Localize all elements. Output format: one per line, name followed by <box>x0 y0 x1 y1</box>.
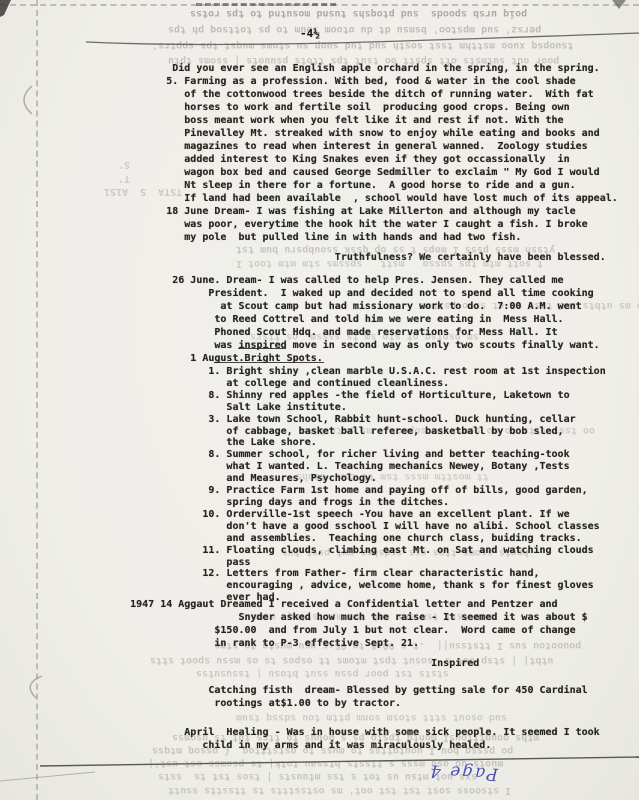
typed-section-april-healing: April Healing - Was in house with some s… <box>100 726 600 752</box>
typed-line: at Scout camp but had missionary work to… <box>100 300 600 313</box>
typed-line: Truthfulness? We certainly have been ble… <box>100 251 606 264</box>
top-left-corner-smudge <box>0 0 11 17</box>
typed-section-inspired-heading: Inspired <box>100 657 479 670</box>
typed-line: Did you ever see an English apple orchar… <box>100 62 618 75</box>
typed-line: Inspired <box>100 657 479 670</box>
typed-line: child in my arms and it was miraculously… <box>100 739 600 752</box>
typed-line: and assemblies. Teaching one church clas… <box>100 533 606 545</box>
typed-line: Snyder asked how much the raise - It see… <box>100 611 588 624</box>
bottom-left-edge-line <box>0 772 95 781</box>
typed-line: 3. Lake town School, Rabbit hunt-school.… <box>100 414 606 426</box>
typed-line: wagon box bed and caused George Sedmille… <box>100 166 618 179</box>
bleed-through-text: sud osout sttt stosm sonm pttm tou sdssq… <box>236 711 507 723</box>
scanned-journal-page: poiq ursb spoods sud ptoqshs tusnd mosut… <box>0 0 639 800</box>
typed-line: the Lake shore. <box>100 437 606 449</box>
typed-line: my pole but pulled line in with hands an… <box>100 231 588 244</box>
handwritten-page-label: Page 4 <box>428 760 499 784</box>
typed-line: Nt sleep in there for a fortune. A good … <box>100 179 618 192</box>
bleed-through-text: I stsooss sost tst tst oot' ms ostssttts… <box>168 784 511 796</box>
typed-line: encouraging , advice, welcome home, than… <box>100 580 606 592</box>
typed-line: Pinevalley Mt. streaked with snow to enj… <box>100 127 618 140</box>
typed-line: If land had been available , school woul… <box>100 192 618 205</box>
typed-line: to Reed Cottrel and told him we were eat… <box>100 313 600 326</box>
typed-line: rootings at$1.00 to by tractor. <box>100 697 588 710</box>
bleed-through-text: tsuopsq xuoo mstthm tsst sosth sud tud s… <box>152 39 573 51</box>
left-margin-curl-mark-upper <box>24 86 32 114</box>
typed-line: 18 June Dream- I was fishing at Lake Mil… <box>100 205 588 218</box>
typed-section-intro-and-farming: Did you ever see an English apple orchar… <box>100 62 618 205</box>
typed-line: Catching fisth dream- Blessed by getting… <box>100 684 588 697</box>
typed-section-bright-spots-list: 1. Bright shiny ,clean marble U.S.A.C. r… <box>100 366 606 604</box>
typed-page-number: -4½ <box>300 27 320 40</box>
typed-line: 26 June. Dream- I was called to help Pre… <box>100 274 600 287</box>
typed-line: President. I waked up and decided not to… <box>100 287 600 300</box>
typed-line: April Healing - Was in house with some s… <box>100 726 600 739</box>
typed-line: 5. Farming as a profession. With bed, fo… <box>100 75 618 88</box>
typed-line: of cabbage, basket ball referee, basketb… <box>100 426 606 438</box>
underline-bright-spots-heading <box>214 362 324 363</box>
typed-line: what I wanted. L. Teaching mechanics New… <box>100 461 606 473</box>
typed-line: 9. Practice Farm 1st home and paying off… <box>100 485 606 497</box>
typed-line: 10. Orderville-1st speech -You have an e… <box>100 509 606 521</box>
typed-line: 11. Floating clouds, climbing east Mt. o… <box>100 545 606 557</box>
typed-line: $150.00 and from July 1 but not clear. W… <box>100 624 588 637</box>
typed-line: was poor, everytime the hook hit the wat… <box>100 218 588 231</box>
typed-line: 8. Summer school, for richer living and … <box>100 449 606 461</box>
typed-line: added interest to King Snakes even if th… <box>100 153 618 166</box>
typed-line: of the cottonwood trees beside the ditch… <box>100 88 618 101</box>
perforated-left-edge <box>36 0 38 800</box>
typed-line: and Measures, Psychology. <box>100 473 606 485</box>
underline-inspired-word <box>238 348 286 349</box>
typed-line: Phoned Scout Hdq. and made reservations … <box>100 326 600 339</box>
typed-line: don't have a good sschool I will have no… <box>100 521 606 533</box>
bleed-through-text: poiq ursb spoods sud ptoqshs tusnd mosut… <box>190 7 527 19</box>
typed-line: 1947 14 Aggaut Dreamed I received a Conf… <box>100 598 588 611</box>
typed-section-truthfulness-line: Truthfulness? We certainly have been ble… <box>100 251 606 264</box>
typed-line: Salt Lake institute. <box>100 402 606 414</box>
typed-line: spring days and frogs in the ditches. <box>100 497 606 509</box>
typed-section-dream-18-june: 18 June Dream- I was fishing at Lake Mil… <box>100 205 588 244</box>
typed-line: magazines to read when interest in gener… <box>100 140 618 153</box>
typed-line: boss meant work when you felt like it an… <box>100 114 618 127</box>
typed-section-catching-fish-dream: Catching fisth dream- Blessed by getting… <box>100 684 588 710</box>
typed-line: 12. Letters from Father- firm clear char… <box>100 568 606 580</box>
typed-section-dream-14-august-1947: 1947 14 Aggaut Dreamed I received a Conf… <box>100 598 588 650</box>
typed-line: pass <box>100 557 606 569</box>
typed-line: at college and continued cleanliness. <box>100 378 606 390</box>
bleed-through-text: persz' sud mpstoo' bsmsu dt du otoom sou… <box>168 23 541 35</box>
typed-line: 8. Shinny red apples -the field of Horti… <box>100 390 606 402</box>
typed-line: horses to work and fertile soil producin… <box>100 101 618 114</box>
typed-line: was inspired move in second way as only … <box>100 339 600 352</box>
typed-line: in rank to P-3 effective Sept. 21. <box>100 637 588 650</box>
perforated-top-edge-dark-segment <box>196 3 336 6</box>
typed-line: 1. Bright shiny ,clean marble U.S.A.C. r… <box>100 366 606 378</box>
typed-section-dream-26-june: 26 June. Dream- I was called to help Pre… <box>100 274 600 352</box>
